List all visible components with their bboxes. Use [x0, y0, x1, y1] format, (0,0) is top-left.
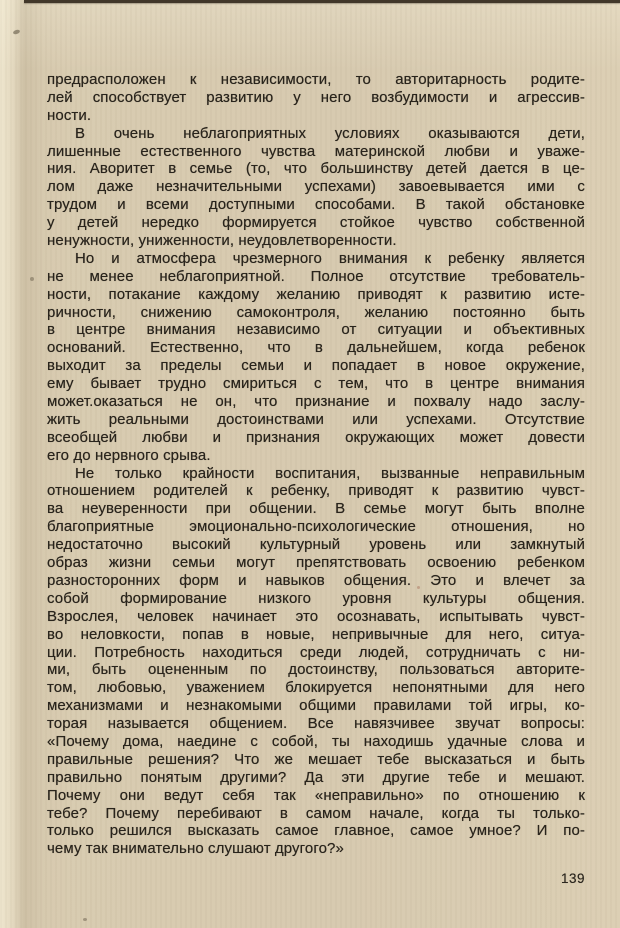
text-line: не менее неблагоприятной. Полное отсутст… — [47, 268, 585, 286]
text-line: правильно понятым другими? Да эти другие… — [47, 769, 585, 787]
text-line: выходит за пределы семьи и попадает в но… — [47, 357, 585, 375]
text-line: трудом и всеми доступными способами. В т… — [47, 196, 585, 214]
text-line: лей способствует развитию у него возбуди… — [47, 89, 585, 107]
text-line: ненужности, униженности, неудовлетворенн… — [47, 232, 585, 250]
text-line: в центре внимания независимо от ситуации… — [47, 321, 585, 339]
text-line: механизмами и незнакомыми общими правила… — [47, 697, 585, 715]
text-line: всеобщей любви и признания окружающих мо… — [47, 429, 585, 447]
text-line: разносторонних форм и навыков общения. Э… — [47, 572, 585, 590]
paper-speck — [83, 918, 87, 921]
scan-top-edge-line — [24, 0, 620, 3]
text-line: благоприятные эмоционально-психологическ… — [47, 518, 585, 536]
text-line: Но и атмосфера чрезмерного внимания к ре… — [47, 250, 585, 268]
text-line: В очень неблагоприятных условиях оказыва… — [47, 125, 585, 143]
text-line: торая называется общением. Все навязчиве… — [47, 715, 585, 733]
text-line: во неловкости, попав в новые, непривычны… — [47, 626, 585, 644]
page-number: 139 — [47, 871, 585, 886]
text-line: ции. Потребность находиться среди людей,… — [47, 644, 585, 662]
text-line: тебе? Почему перебивают в самом начале, … — [47, 805, 585, 823]
text-line: Почему они ведут себя так «неправильно» … — [47, 787, 585, 805]
paper-speck — [30, 277, 34, 281]
text-line: оснований. Естественно, что в дальнейшем… — [47, 339, 585, 357]
text-line: собой формирование низкого уровня культу… — [47, 590, 585, 608]
text-line: лом даже незначительными успехами) завое… — [47, 178, 585, 196]
text-line: лишенные естественного чувства материнск… — [47, 143, 585, 161]
text-line: ричности, снижению самоконтроля, желанию… — [47, 304, 585, 322]
text-line: ему бывает трудно смириться с тем, что в… — [47, 375, 585, 393]
text-line: его до нервного срыва. — [47, 447, 585, 465]
text-line: том, любовью, уважением блокируется непо… — [47, 679, 585, 697]
text-line: может.оказаться не он, что признание и п… — [47, 393, 585, 411]
text-line: ния. Аворитет в семье (то, что большинст… — [47, 160, 585, 178]
text-line: чему так внимательно слушают другого?» — [47, 840, 585, 858]
text-line: отношением родителей к ребенку, приводят… — [47, 482, 585, 500]
text-block: предрасположен к независимости, то автор… — [47, 71, 585, 858]
text-line: ми, быть оцененным по достоинству, польз… — [47, 661, 585, 679]
text-line: предрасположен к независимости, то автор… — [47, 71, 585, 89]
text-line: недостаточно высокий культурный уровень … — [47, 536, 585, 554]
text-line: правильные решения? Что же мешает тебе в… — [47, 751, 585, 769]
text-line: «Почему дома, наедине с собой, ты находи… — [47, 733, 585, 751]
text-line: только решился высказать самое главное, … — [47, 822, 585, 840]
text-line: Взрослея, человек начинает это осознават… — [47, 608, 585, 626]
text-line: у детей нередко формируется стойкое чувс… — [47, 214, 585, 232]
text-line: образ жизни семьи могут препятствовать о… — [47, 554, 585, 572]
text-line: ности. — [47, 107, 585, 125]
text-line: Не только крайности воспитания, вызванны… — [47, 465, 585, 483]
paper-speck — [13, 29, 21, 35]
book-page-scan: предрасположен к независимости, то автор… — [0, 0, 620, 928]
text-line: жить реальными достоинствами или успехам… — [47, 411, 585, 429]
text-line: ва неуверенности при общении. В семье мо… — [47, 500, 585, 518]
text-line: ности, потакание каждому желанию приводя… — [47, 286, 585, 304]
